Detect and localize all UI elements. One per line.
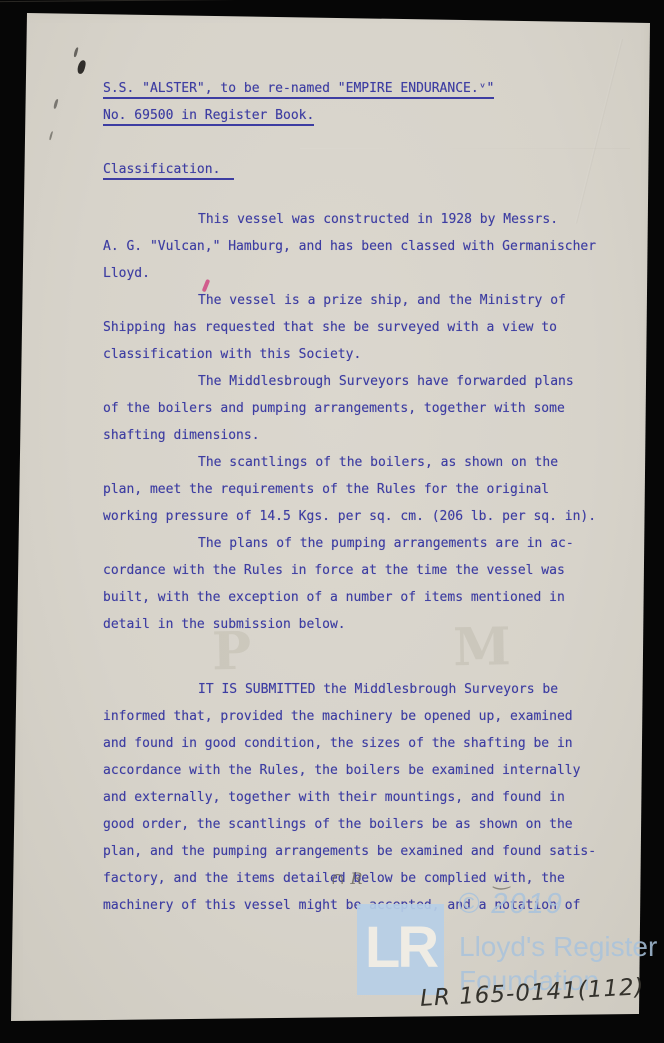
document-line: of the boilers and pumping arrangements,… <box>103 395 608 422</box>
document-line: Shipping has requested that she be surve… <box>103 314 608 341</box>
document-line: shafting dimensions. <box>103 422 608 449</box>
document-line: accordance with the Rules, the boilers b… <box>103 757 608 784</box>
title-line-1: S.S. "ALSTER", to be re-named "EMPIRE EN… <box>103 75 608 102</box>
pencil-underline <box>0 0 247 2</box>
document-line: The vessel is a prize ship, and the Mini… <box>103 287 608 314</box>
document-line: working pressure of 14.5 Kgs. per sq. cm… <box>103 503 608 530</box>
title-line-1-text: S.S. "ALSTER", to be re-named "EMPIRE EN… <box>103 81 494 99</box>
document-line: This vessel was constructed in 1928 by M… <box>103 206 608 233</box>
pencil-annotation: ∩R <box>331 869 368 888</box>
document-line: cordance with the Rules in force at the … <box>103 557 608 584</box>
pencil-annotation: ‿ <box>494 866 510 890</box>
document-line: and externally, together with their moun… <box>103 784 608 811</box>
document-text: S.S. "ALSTER", to be re-named "EMPIRE EN… <box>103 75 608 919</box>
foundation-watermark-line1: Lloyd's Register <box>459 930 657 964</box>
title-line-2: No. 69500 in Register Book. <box>103 102 608 129</box>
section-heading-text: Classification. <box>103 162 234 180</box>
scanned-document-page: P M S.S. "ALSTER", to be re-named "EMPIR… <box>0 0 664 1043</box>
section-heading: Classification. <box>103 156 608 183</box>
document-line: plan, and the pumping arrangements be ex… <box>103 838 608 865</box>
document-line: built, with the exception of a number of… <box>103 584 608 611</box>
document-line: Lloyd. <box>103 260 608 287</box>
lr-logo-letters: LR <box>365 914 436 981</box>
document-line: informed that, provided the machinery be… <box>103 703 608 730</box>
document-line: The plans of the pumping arrangements ar… <box>103 530 608 557</box>
lloyds-register-logo: LR <box>357 904 444 995</box>
document-line: IT IS SUBMITTED the Middlesbrough Survey… <box>103 676 608 703</box>
document-line: good order, the scantlings of the boiler… <box>103 811 608 838</box>
copyright-watermark: © 2019 <box>458 888 564 921</box>
document-line: The Middlesbrough Surveyors have forward… <box>103 368 608 395</box>
title-line-2-text: No. 69500 in Register Book. <box>103 108 314 126</box>
paragraph-block-1: This vessel was constructed in 1928 by M… <box>103 206 608 638</box>
document-line: plan, meet the requirements of the Rules… <box>103 476 608 503</box>
document-line: The scantlings of the boilers, as shown … <box>103 449 608 476</box>
document-line: classification with this Society. <box>103 341 608 368</box>
document-line: A. G. "Vulcan," Hamburg, and has been cl… <box>103 233 608 260</box>
document-line: detail in the submission below. <box>103 611 608 638</box>
document-line: and found in good condition, the sizes o… <box>103 730 608 757</box>
